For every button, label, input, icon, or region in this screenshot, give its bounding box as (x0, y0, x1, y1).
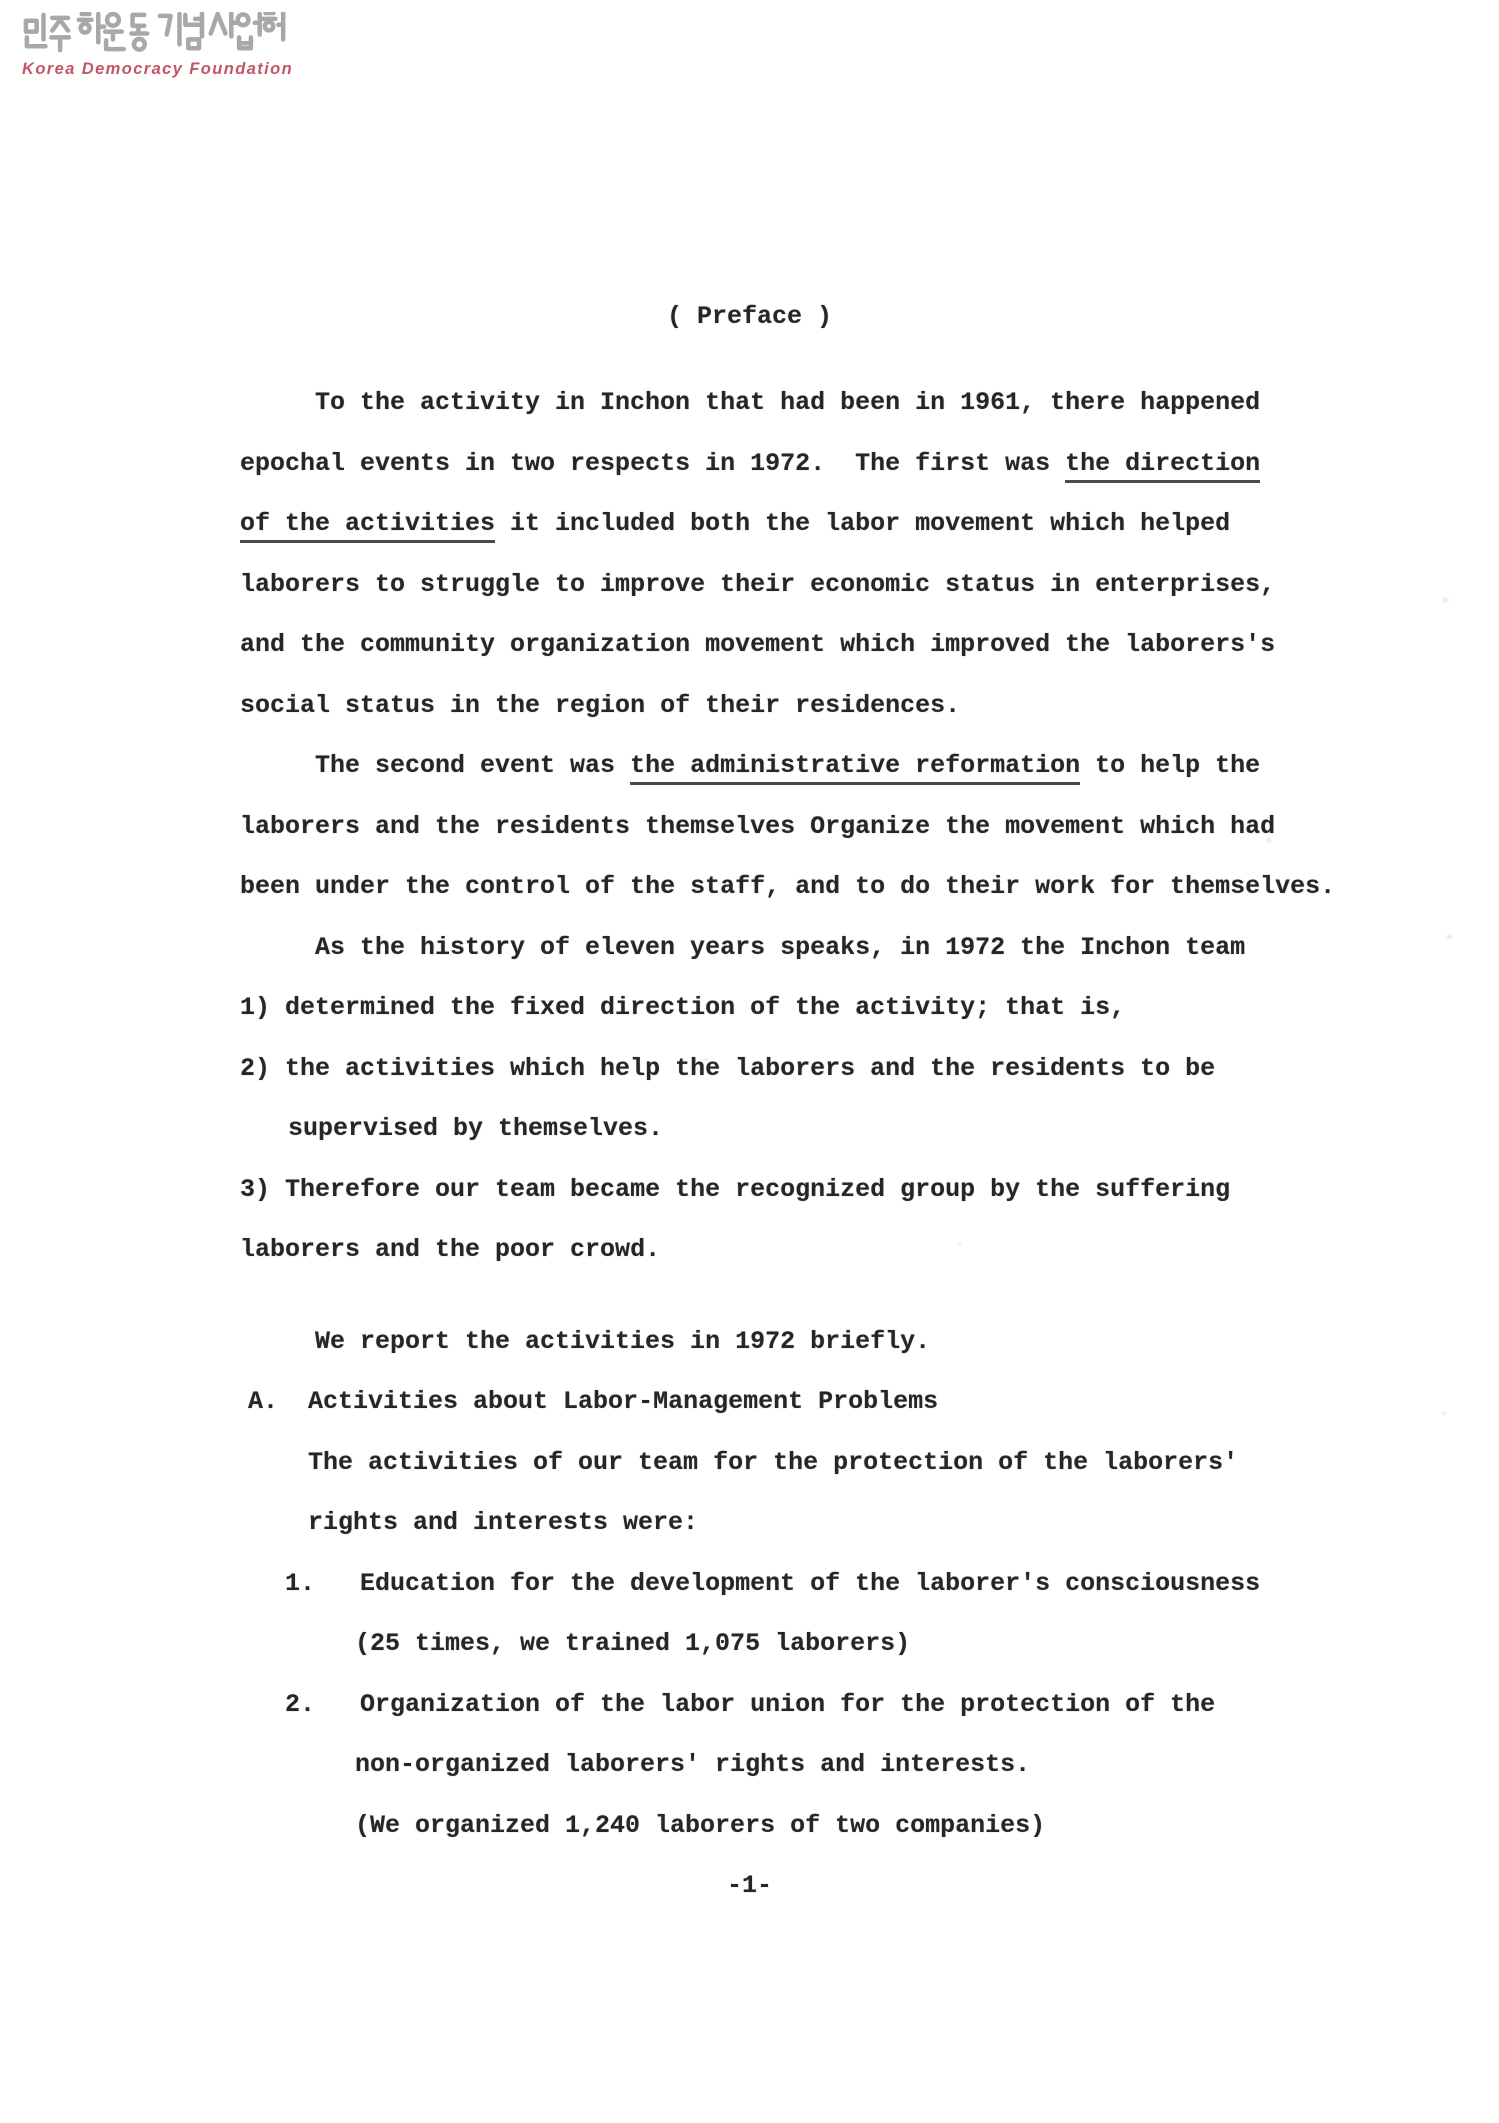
text-line: of the activities it included both the l… (240, 494, 1459, 555)
text-line: 1. Education for the development of the … (240, 1554, 1459, 1615)
text-line: laborers and the poor crowd. (240, 1220, 1459, 1281)
text-segment: to help the (1080, 751, 1260, 780)
text-segment: epochal events in two respects in 1972. … (240, 449, 1065, 478)
scan-artifact (704, 1058, 708, 1061)
text-line: laborers and the residents themselves Or… (240, 797, 1459, 858)
text-line: 3) Therefore our team became the recogni… (240, 1160, 1459, 1221)
text-segment: 1) determined the fixed direction of the… (240, 993, 1125, 1022)
text-lines: To the activity in Inchon that had been … (240, 373, 1459, 1856)
text-segment: laborers and the poor crowd. (240, 1235, 660, 1264)
logo: Korea Democracy Foundation (22, 12, 322, 79)
korean-calligraphy-logo (22, 12, 290, 57)
text-line: non-organized laborers' rights and inter… (240, 1735, 1459, 1796)
text-line: laborers to struggle to improve their ec… (240, 555, 1459, 616)
text-line: supervised by themselves. (240, 1099, 1459, 1160)
text-segment: (25 times, we trained 1,075 laborers) (355, 1629, 910, 1658)
text-line: and the community organization movement … (240, 615, 1459, 676)
text-line: A. Activities about Labor-Management Pro… (240, 1372, 1459, 1433)
text-line: rights and interests were: (240, 1493, 1459, 1554)
scan-artifact (1443, 598, 1448, 602)
logo-english-text: Korea Democracy Foundation (22, 60, 322, 79)
text-line: The activities of our team for the prote… (240, 1433, 1459, 1494)
text-segment: laborers and the residents themselves Or… (240, 812, 1275, 841)
scan-artifact (958, 1243, 961, 1246)
text-line: social status in the region of their res… (240, 676, 1459, 737)
text-segment: As the history of eleven years speaks, i… (315, 933, 1245, 962)
page-number: -1- (0, 1856, 1499, 1916)
document-page: Korea Democracy Foundation ( Preface ) T… (0, 0, 1499, 2123)
text-line: (We organized 1,240 laborers of two comp… (240, 1796, 1459, 1857)
text-line: 2. Organization of the labor union for t… (240, 1675, 1459, 1736)
text-line: 2) the activities which help the laborer… (240, 1039, 1459, 1100)
text-line: 1) determined the fixed direction of the… (240, 978, 1459, 1039)
text-segment: it included both the labor movement whic… (495, 509, 1230, 538)
text-segment: To the activity in Inchon that had been … (315, 388, 1260, 417)
scan-artifact (1267, 838, 1271, 842)
text-line: We report the activities in 1972 briefly… (240, 1312, 1459, 1373)
text-segment: 3) Therefore our team became the recogni… (240, 1175, 1230, 1204)
scan-artifact (1447, 935, 1452, 939)
text-segment: and the community organization movement … (240, 630, 1275, 659)
text-segment: 2) the activities which help the laborer… (240, 1054, 1215, 1083)
text-segment: laborers to struggle to improve their ec… (240, 570, 1275, 599)
text-segment: rights and interests were: (308, 1508, 698, 1537)
underlined-text: the direction (1065, 449, 1260, 483)
underlined-text: the administrative reformation (630, 751, 1080, 785)
text-segment: supervised by themselves. (288, 1114, 663, 1143)
underlined-text: of the activities (240, 509, 495, 543)
text-line: The second event was the administrative … (240, 736, 1459, 797)
text-segment: 1. Education for the development of the … (285, 1569, 1260, 1598)
text-segment: The activities of our team for the prote… (308, 1448, 1238, 1477)
text-line: epochal events in two respects in 1972. … (240, 434, 1459, 495)
text-segment: We report the activities in 1972 briefly… (315, 1327, 930, 1356)
text-line: To the activity in Inchon that had been … (240, 373, 1459, 434)
text-segment: (We organized 1,240 laborers of two comp… (355, 1811, 1045, 1840)
text-line: (25 times, we trained 1,075 laborers) (240, 1614, 1459, 1675)
page-title: ( Preface ) (0, 302, 1499, 331)
text-segment: The second event was (315, 751, 630, 780)
text-line: As the history of eleven years speaks, i… (240, 918, 1459, 979)
text-segment: been under the control of the staff, and… (240, 872, 1335, 901)
text-segment: A. Activities about Labor-Management Pro… (248, 1387, 938, 1416)
scan-artifact (1442, 1412, 1446, 1415)
text-segment: 2. Organization of the labor union for t… (285, 1690, 1215, 1719)
text-segment: non-organized laborers' rights and inter… (355, 1750, 1030, 1779)
text-segment: social status in the region of their res… (240, 691, 960, 720)
text-line: been under the control of the staff, and… (240, 857, 1459, 918)
